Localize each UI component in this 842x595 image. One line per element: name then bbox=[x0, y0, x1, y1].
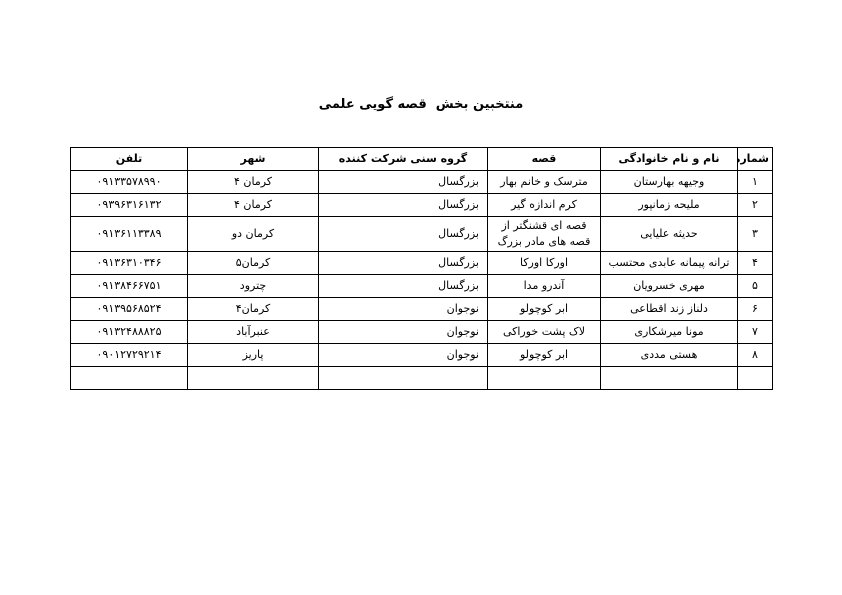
table-row: ۴ترانه پیمانه عابدی محتسباورکا اورکابزرگ… bbox=[71, 251, 773, 274]
cell-story: ابر کوچولو bbox=[488, 297, 601, 320]
table-row: ۲ملیحه زمانپورکرم اندازه گیربزرگسالکرمان… bbox=[71, 194, 773, 217]
cell-name: وجیهه بهارستان bbox=[601, 171, 738, 194]
cell-age_group: بزرگسال bbox=[319, 171, 488, 194]
table-row: ۷مونا میرشکاریلاک پشت خوراکینوجوانعنبرآب… bbox=[71, 320, 773, 343]
header-city: شهر bbox=[188, 148, 319, 171]
cell-age_group: بزرگسال bbox=[319, 274, 488, 297]
cell-number bbox=[738, 366, 773, 389]
cell-number: ۵ bbox=[738, 274, 773, 297]
cell-number: ۸ bbox=[738, 343, 773, 366]
cell-number: ۶ bbox=[738, 297, 773, 320]
document-page: منتخبین بخش قصه گویی علمی شماره نام و نا… bbox=[0, 0, 842, 595]
header-phone: تلفن bbox=[71, 148, 188, 171]
table-row bbox=[71, 366, 773, 389]
cell-city: کرمان۴ bbox=[188, 297, 319, 320]
cell-number: ۳ bbox=[738, 217, 773, 252]
header-number: شماره bbox=[738, 148, 773, 171]
cell-number: ۲ bbox=[738, 194, 773, 217]
cell-phone: ۰۹۱۳۳۵۷۸۹۹۰ bbox=[71, 171, 188, 194]
results-table: شماره نام و نام خانوادگی قصه گروه سنی شر… bbox=[70, 147, 773, 390]
cell-story: مترسک و خانم بهار bbox=[488, 171, 601, 194]
cell-age_group bbox=[319, 366, 488, 389]
cell-phone: ۰۹۱۳۶۳۱۰۳۴۶ bbox=[71, 251, 188, 274]
cell-age_group: نوجوان bbox=[319, 343, 488, 366]
table-row: ۶دلناز زند اقطاعیابر کوچولونوجوانکرمان۴۰… bbox=[71, 297, 773, 320]
cell-city: کرمان ۴ bbox=[188, 194, 319, 217]
cell-story: لاک پشت خوراکی bbox=[488, 320, 601, 343]
cell-story: کرم اندازه گیر bbox=[488, 194, 601, 217]
cell-city: کرمان دو bbox=[188, 217, 319, 252]
cell-story: قصه ای قشنگتر از قصه های مادر بزرگ bbox=[488, 217, 601, 252]
cell-number: ۴ bbox=[738, 251, 773, 274]
cell-city: عنبرآباد bbox=[188, 320, 319, 343]
table-row: ۵مهری خسرویانآندرو مدابزرگسالچترود۰۹۱۳۸۴… bbox=[71, 274, 773, 297]
cell-phone bbox=[71, 366, 188, 389]
table-row: ۱وجیهه بهارستانمترسک و خانم بهاربزرگسالک… bbox=[71, 171, 773, 194]
header-age-group: گروه سنی شرکت کننده bbox=[319, 148, 488, 171]
cell-story: ابر کوچولو bbox=[488, 343, 601, 366]
cell-age_group: نوجوان bbox=[319, 297, 488, 320]
header-story: قصه bbox=[488, 148, 601, 171]
cell-name: حدیثه علیایی bbox=[601, 217, 738, 252]
cell-phone: ۰۹۱۳۲۴۸۸۸۲۵ bbox=[71, 320, 188, 343]
cell-phone: ۰۹۱۳۶۱۱۳۳۸۹ bbox=[71, 217, 188, 252]
cell-age_group: بزرگسال bbox=[319, 217, 488, 252]
cell-story: اورکا اورکا bbox=[488, 251, 601, 274]
cell-name bbox=[601, 366, 738, 389]
cell-name: ملیحه زمانپور bbox=[601, 194, 738, 217]
page-title: منتخبین بخش قصه گویی علمی bbox=[0, 97, 842, 112]
header-name: نام و نام خانوادگی bbox=[601, 148, 738, 171]
cell-name: مونا میرشکاری bbox=[601, 320, 738, 343]
cell-phone: ۰۹۳۹۶۳۱۶۱۳۲ bbox=[71, 194, 188, 217]
cell-story: آندرو مدا bbox=[488, 274, 601, 297]
table-body: ۱وجیهه بهارستانمترسک و خانم بهاربزرگسالک… bbox=[71, 171, 773, 390]
table-header-row: شماره نام و نام خانوادگی قصه گروه سنی شر… bbox=[71, 148, 773, 171]
cell-name: ترانه پیمانه عابدی محتسب bbox=[601, 251, 738, 274]
cell-phone: ۰۹۱۳۹۵۶۸۵۲۴ bbox=[71, 297, 188, 320]
cell-name: دلناز زند اقطاعی bbox=[601, 297, 738, 320]
cell-city bbox=[188, 366, 319, 389]
cell-age_group: نوجوان bbox=[319, 320, 488, 343]
cell-city: چترود bbox=[188, 274, 319, 297]
cell-city: پاریز bbox=[188, 343, 319, 366]
cell-city: کرمان۵ bbox=[188, 251, 319, 274]
cell-story bbox=[488, 366, 601, 389]
cell-phone: ۰۹۰۱۲۷۲۹۲۱۴ bbox=[71, 343, 188, 366]
cell-city: کرمان ۴ bbox=[188, 171, 319, 194]
cell-number: ۱ bbox=[738, 171, 773, 194]
table-row: ۸هستی مددیابر کوچولونوجوانپاریز۰۹۰۱۲۷۲۹۲… bbox=[71, 343, 773, 366]
cell-number: ۷ bbox=[738, 320, 773, 343]
table-row: ۳حدیثه علیاییقصه ای قشنگتر از قصه های ما… bbox=[71, 217, 773, 252]
cell-age_group: بزرگسال bbox=[319, 251, 488, 274]
cell-age_group: بزرگسال bbox=[319, 194, 488, 217]
cell-phone: ۰۹۱۳۸۴۶۶۷۵۱ bbox=[71, 274, 188, 297]
cell-name: مهری خسرویان bbox=[601, 274, 738, 297]
cell-name: هستی مددی bbox=[601, 343, 738, 366]
